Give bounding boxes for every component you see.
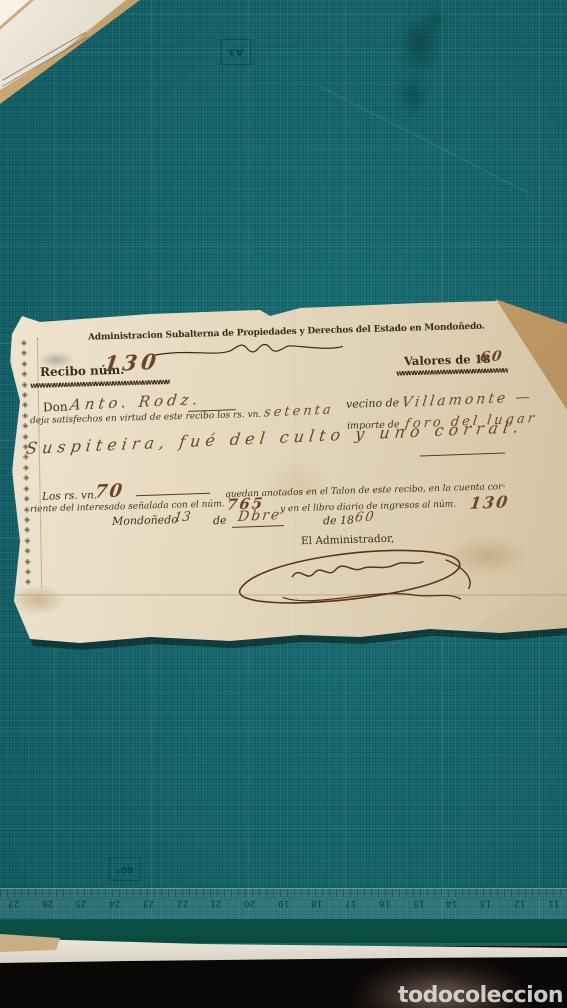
amount-words-handwritten: setenta: [263, 402, 335, 420]
mat-angle-label-text: 60°: [116, 864, 133, 874]
ruler-number: 15: [413, 898, 424, 908]
year-handwritten: 60: [354, 510, 377, 526]
month-handwritten: Dbre: [237, 507, 282, 525]
vecino-label: vecino de: [346, 396, 400, 410]
ruler-number: 24: [109, 898, 120, 908]
mat-ruler-ticks: [0, 889, 567, 897]
de-printed: de: [213, 514, 227, 527]
ruler-number: 21: [210, 898, 221, 908]
ruler-number: 14: [446, 898, 457, 908]
ledger-number-handwritten: 130: [469, 492, 511, 513]
receipt-document: ◈ ◈ ◈ ◈ ◈ ◈ ◈ ◈ ◈ ◈ ◈ ◈ ◈ ◈ ◈ ◈ ◈ ◈ ◈ ◈ …: [8, 298, 567, 650]
ruler-number: 17: [345, 898, 356, 908]
day-handwritten: 13: [173, 510, 192, 526]
mat-ruler-band: 2726252423222120191817161514131211: [0, 888, 567, 920]
ruler-number: 18: [311, 898, 322, 908]
place-printed: Mondoñedo: [112, 513, 178, 528]
ruler-number: 26: [42, 898, 53, 908]
don-label: Don: [43, 400, 68, 415]
photo-of-receipt-on-cutting-mat: A3 60° 272625242322212019181716151413121…: [0, 0, 567, 1008]
mat-edge-band: [0, 919, 567, 943]
mat-size-label-text: A3: [229, 47, 244, 58]
ruler-number: 11: [548, 898, 559, 908]
administrator-signature: [221, 538, 483, 612]
ruler-number: 22: [177, 898, 188, 908]
ruler-number: 13: [480, 898, 491, 908]
amount-figures-handwritten: 70: [94, 480, 126, 502]
receipt-paper: ◈ ◈ ◈ ◈ ◈ ◈ ◈ ◈ ◈ ◈ ◈ ◈ ◈ ◈ ◈ ◈ ◈ ◈ ◈ ◈ …: [8, 298, 567, 650]
line4-pre-printed: Los rs. vn.: [42, 489, 97, 503]
ruler-number: 27: [8, 898, 19, 908]
ruler-number: 25: [75, 898, 86, 908]
ruler-number: 16: [379, 898, 390, 908]
todocoleccion-watermark: todocoleccion: [398, 983, 563, 1008]
mat-angle-label: 60°: [109, 857, 141, 881]
ruler-number: 12: [514, 898, 525, 908]
ruler-number: 19: [278, 898, 289, 908]
ruler-number: 20: [244, 898, 255, 908]
de18-printed: de 18: [323, 514, 354, 528]
mat-size-label: A3: [221, 39, 251, 65]
receipt-number-handwritten: 130: [102, 349, 161, 377]
ruler-number: 23: [143, 898, 154, 908]
mat-dark-stain: [385, 0, 460, 135]
mat-ruler-numbers: 2726252423222120191817161514131211: [8, 898, 559, 908]
values-year-handwritten: 60: [479, 348, 505, 365]
ornamental-left-border: ◈ ◈ ◈ ◈ ◈ ◈ ◈ ◈ ◈ ◈ ◈ ◈ ◈ ◈ ◈ ◈ ◈ ◈ ◈ ◈ …: [10, 338, 42, 588]
